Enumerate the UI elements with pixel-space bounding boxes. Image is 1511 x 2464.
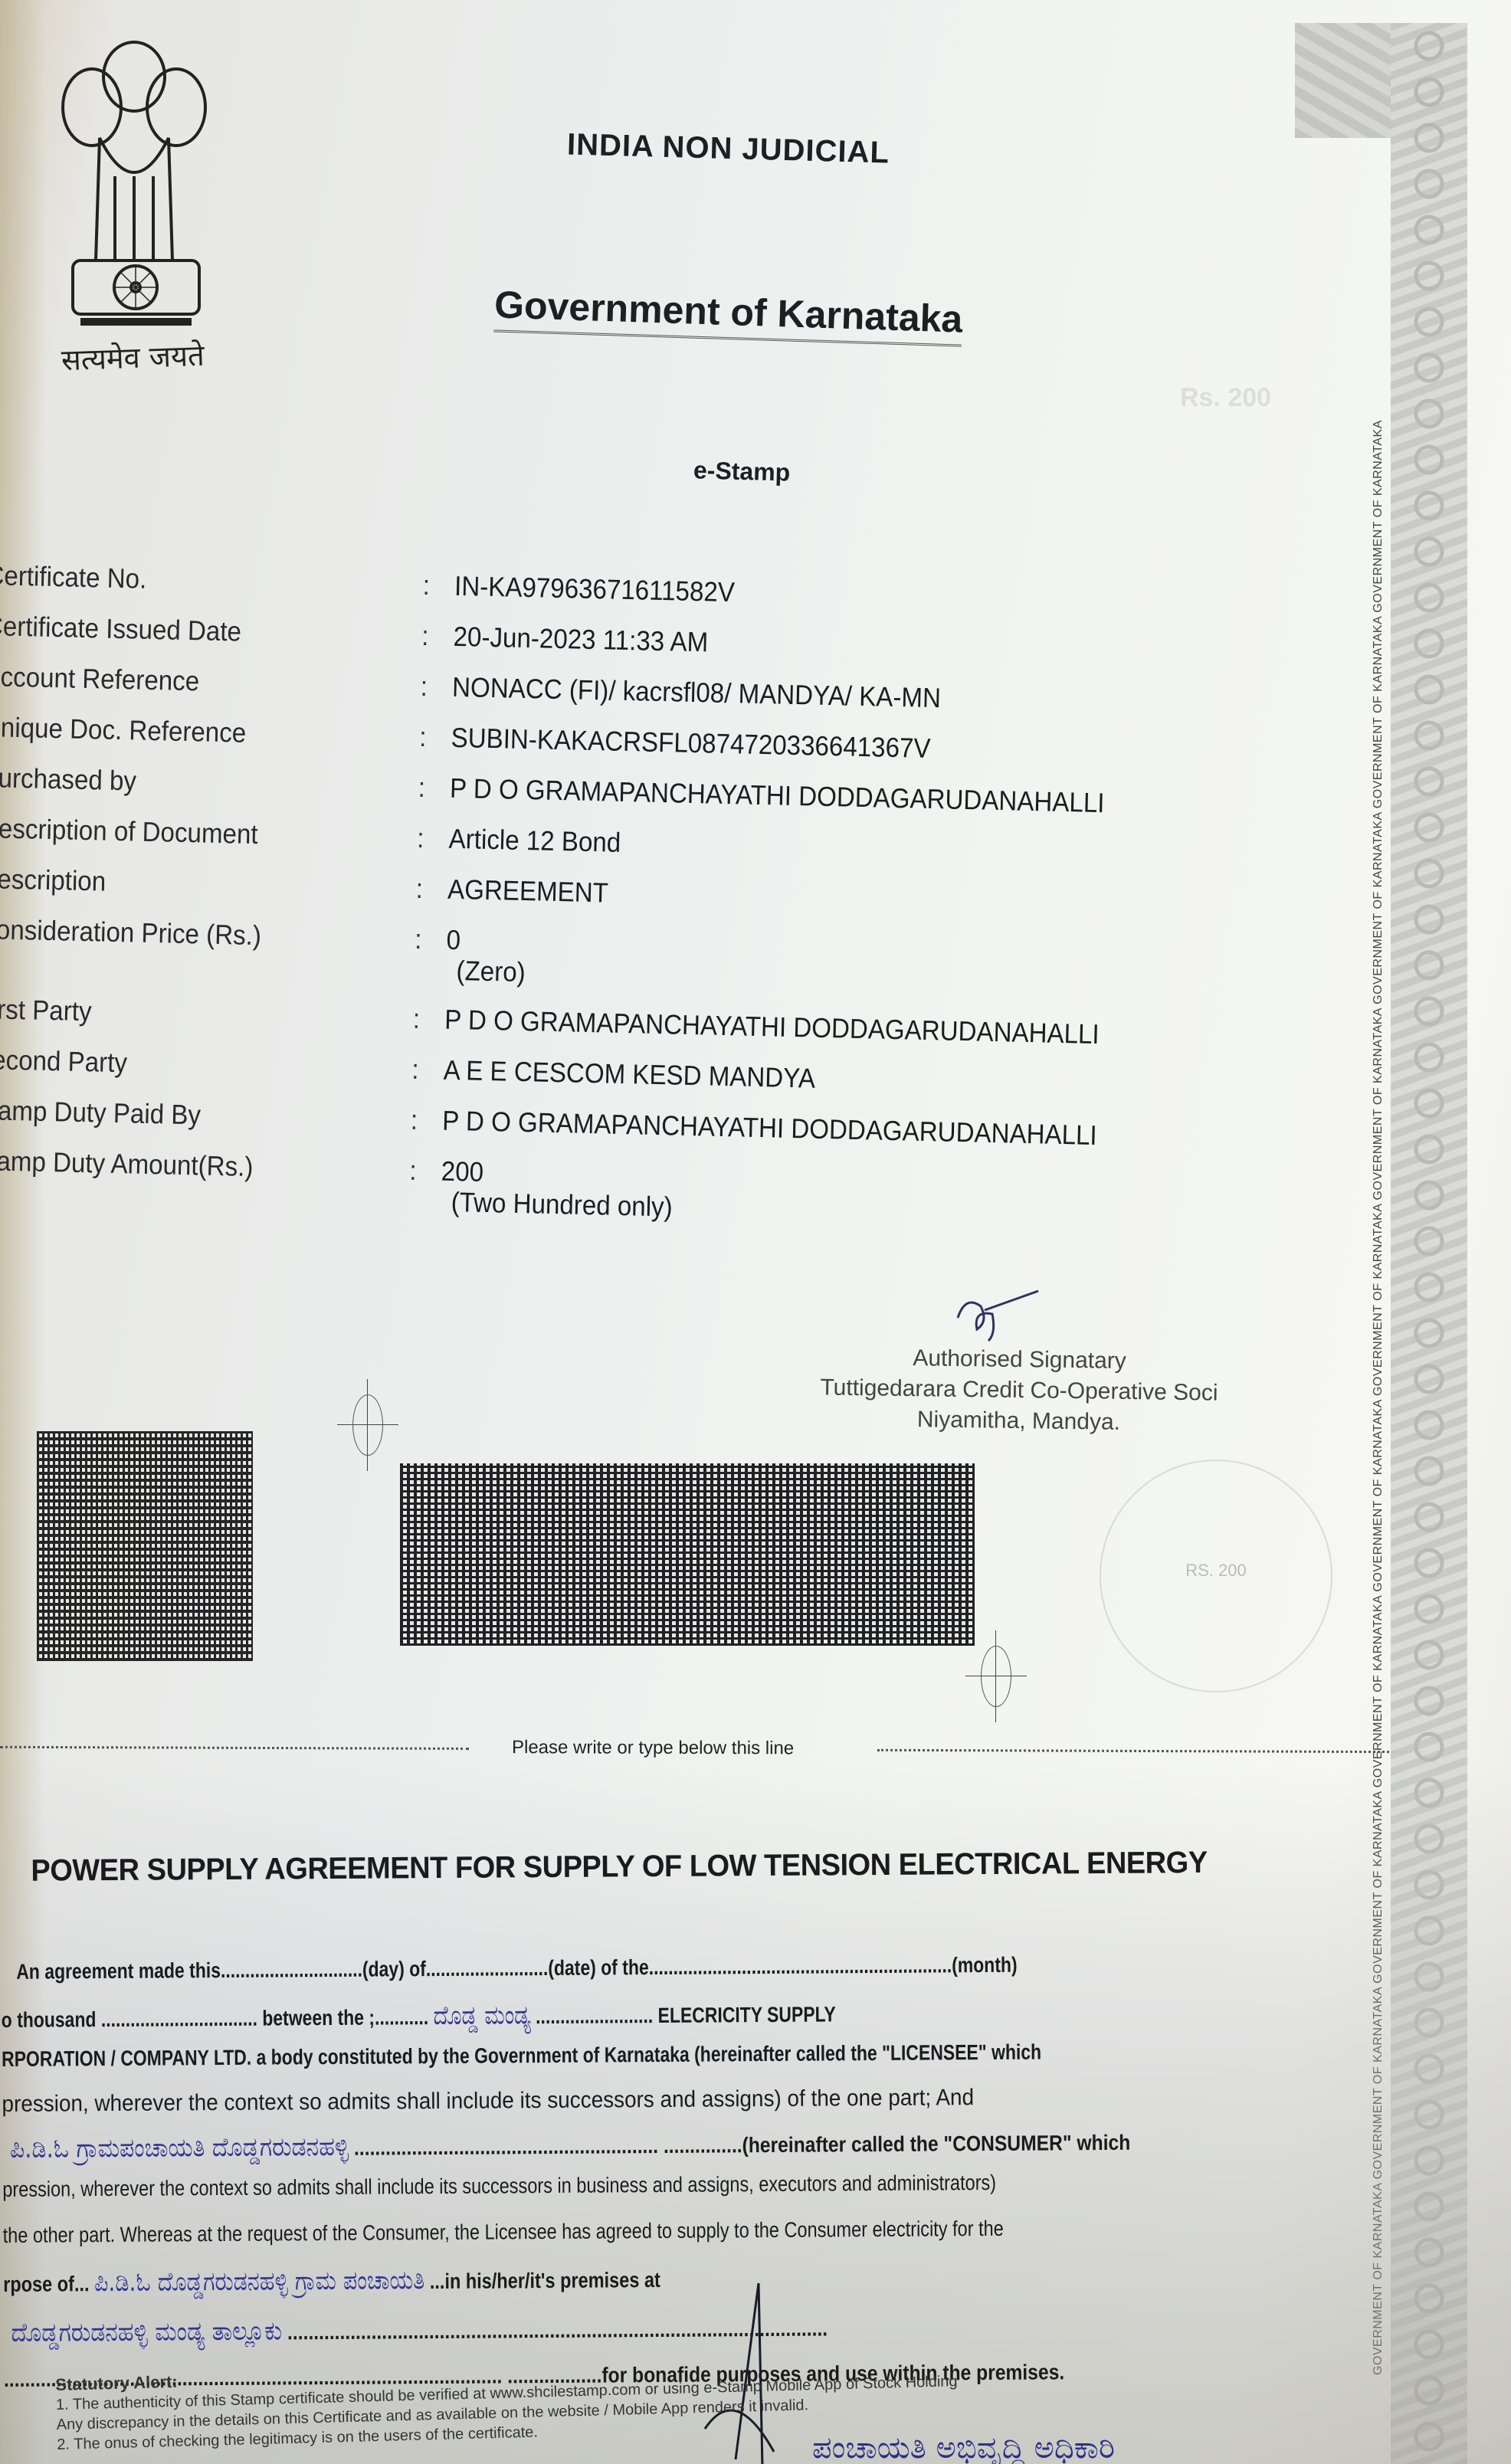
dotted-divider: [877, 1749, 1425, 1753]
detail-label: Stamp Duty Amount(Rs.): [0, 1145, 254, 1183]
border-text: GOVERNMENT OF KARNATAKA GOVERNMENT OF KA…: [1372, 15, 1390, 2375]
detail-label: First Party: [0, 993, 92, 1027]
decorative-border: [1391, 23, 1467, 2464]
registration-mark-icon: [337, 1379, 398, 1471]
detail-label: Description: [0, 863, 107, 898]
agreement-title: POWER SUPPLY AGREEMENT FOR SUPPLY OF LOW…: [31, 1846, 1208, 1889]
detail-separator: :: [422, 569, 430, 601]
document-title: INDIA NON JUDICIAL: [566, 127, 890, 170]
handwritten-consumer: ಪಿ.ಡಿ.ಓ ಗ್ರಾಮಪಂಚಾಯತಿ ದೊಡ್ಡಗರುಡನಹಳ್ಳಿ: [10, 2131, 349, 2164]
detail-separator: :: [412, 1003, 420, 1035]
detail-value: Article 12 Bond: [448, 823, 621, 859]
dotted-divider: [0, 1746, 469, 1750]
detail-label: Consideration Price (Rs.): [0, 913, 261, 952]
agreement-line: pression, wherever the context so admits…: [2, 2085, 974, 2118]
detail-label: Certificate Issued Date: [0, 610, 241, 648]
agreement-line: rpose of... ಪಿ.ಡಿ.ಓ ದೊಡ್ಡಗರುಡನಹಳ್ಳಿ ಗ್ರಾ…: [3, 2263, 660, 2299]
write-below-label: Please write or type below this line: [512, 1737, 794, 1759]
signature-icon: [950, 1287, 1042, 1348]
agreement-line: An agreement made this..................…: [16, 1953, 1018, 1984]
agreement-line: pression, wherever the context so admits…: [2, 2171, 996, 2202]
agreement-line: the other part. Whereas at the request o…: [3, 2217, 1004, 2248]
agreement-line-text: ELECRICITY SUPPLY: [657, 2002, 835, 2027]
detail-value: AGREEMENT: [447, 873, 609, 909]
detail-label: Second Party: [0, 1044, 127, 1080]
detail-separator: :: [418, 772, 425, 804]
handwritten-purpose: ಪಿ.ಡಿ.ಓ ದೊಡ್ಡಗರುಡನಹಳ್ಳಿ ಗ್ರಾಮ ಪಂಚಾಯತಿ: [94, 2265, 424, 2298]
stamp-type: e-Stamp: [693, 456, 791, 487]
registration-mark-icon: [965, 1630, 1027, 1722]
agreement-line: RPORATION / COMPANY LTD. a body constitu…: [2, 2040, 1041, 2072]
government-name: Government of Karnataka: [493, 282, 963, 346]
2d-barcode: [400, 1463, 975, 1646]
qr-code: [37, 1431, 253, 1661]
detail-separator: :: [421, 620, 429, 652]
faint-amount: Rs. 200: [1180, 383, 1271, 413]
agreement-line-text: ...in his/her/it's premises at: [430, 2268, 660, 2293]
handwritten-entry: ದೊಡ್ಡ ಮಂಡ್ಯ: [433, 2000, 530, 2031]
agreement-line: ಪಿ.ಡಿ.ಓ ಗ್ರಾಮಪಂಚಾಯತಿ ದೊಡ್ಡಗರುಡನಹಳ್ಳಿ ...…: [10, 2126, 1131, 2164]
detail-value-words: (Two Hundred only): [451, 1186, 673, 1224]
write-below-line: Please write or type below this line: [0, 1735, 1425, 1763]
agreement-body: POWER SUPPLY AGREEMENT FOR SUPPLY OF LOW…: [0, 1822, 1349, 1831]
detail-separator: :: [409, 1155, 417, 1187]
agreement-line: o thousand .............................…: [2, 1997, 836, 2034]
detail-value: 0: [446, 924, 461, 956]
detail-label: Purchased by: [0, 762, 136, 798]
detail-separator: :: [417, 822, 424, 854]
detail-separator: :: [420, 670, 428, 703]
detail-separator: :: [410, 1104, 418, 1136]
agreement-line-text: o thousand .............................…: [2, 2005, 429, 2032]
embossed-seal: RS. 200: [1100, 1460, 1332, 1692]
detail-label: Certificate No.: [0, 559, 147, 595]
detail-separator: :: [415, 923, 422, 955]
handwritten-signature: ಪಂಚಾಯತಿ ಅಭಿವೃದ್ಧಿ ಅಧಿಕಾರಿ: [812, 2430, 1115, 2464]
detail-label: Unique Doc. Reference: [0, 711, 247, 749]
agreement-line-text: ...............(hereinafter called the "…: [664, 2131, 1131, 2158]
detail-value: 20-Jun-2023 11:33 AM: [453, 621, 709, 659]
detail-separator: :: [419, 721, 427, 753]
detail-label: Stamp Duty Paid By: [0, 1094, 201, 1132]
emblem-motto: सत्यमेव जयते: [61, 335, 205, 379]
detail-separator: :: [415, 873, 423, 905]
handwritten-address: ದೊಡ್ಡಗರುಡನಹಳ್ಳಿ ಮಂಡ್ಯ ತಾಲ್ಲೂಕು: [11, 2315, 282, 2348]
detail-value: 200: [441, 1155, 483, 1188]
national-emblem-icon: [46, 23, 222, 345]
detail-value: IN-KA97963671611582V: [454, 570, 736, 608]
detail-label: Account Reference: [0, 660, 200, 697]
certificate-details: Certificate No.:IN-KA97963671611582VCert…: [0, 559, 1289, 1253]
seal-amount: RS. 200: [1101, 1561, 1331, 1581]
detail-separator: :: [411, 1053, 419, 1086]
agreement-line-text: rpose of...: [3, 2272, 90, 2296]
detail-value-words: (Zero): [456, 955, 526, 988]
authorised-signatory: Authorised Signatary Tuttigedarara Credi…: [750, 1341, 1288, 1440]
detail-label: Description of Document: [0, 812, 258, 850]
